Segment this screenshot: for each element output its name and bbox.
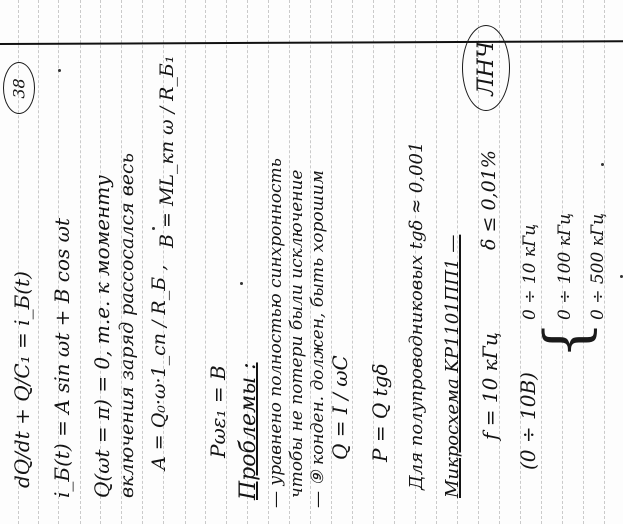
scan-speck: [240, 282, 243, 285]
range-frequency: 0 ÷ 500 кГц: [590, 213, 607, 320]
margin-line: [0, 40, 623, 45]
equation-frequency: f = 10 кГц: [480, 332, 500, 440]
brace-icon: {: [537, 321, 597, 359]
equation-condition: Q(ωt = π) = 0, т.е. к моменту: [92, 175, 112, 498]
ruled-line: [394, 0, 395, 524]
scan-speck: [58, 69, 61, 72]
note-semiconductor: Для полупроводниковых tgδ ≈ 0,001: [408, 142, 426, 490]
equation-a: A = Q₀·ω·1_cn / R_Б ,: [150, 265, 169, 470]
equation-b: B = ML_кп ω / R_Б₁: [158, 55, 177, 248]
range-frequency: 0 ÷ 100 кГц: [557, 213, 574, 320]
equation-p: P = Q tgδ: [370, 363, 390, 462]
equation-differential: dQ/dt + Q/C₁ = i_Б(t): [12, 271, 32, 488]
scan-speck: [152, 227, 155, 230]
scan-speck: [601, 163, 604, 166]
equation-current: i_Б(t) = A sin ωt + B cos ωt: [52, 218, 72, 498]
ruled-line: [142, 0, 143, 524]
microchip-label: Микросхема KP1101ПП1 —: [444, 235, 462, 498]
range-frequency: 0 ÷ 10 кГц: [522, 224, 539, 320]
note-switch-on: включения заряд рассосался весь: [118, 153, 137, 498]
ruled-line: [436, 0, 437, 524]
ruled-line: [352, 0, 353, 524]
ruled-line: [541, 0, 542, 524]
problem-item: чтобы не потери были исключение: [289, 170, 306, 498]
ruled-line: [80, 0, 81, 524]
delta-tolerance: δ ≤ 0,01%: [480, 150, 499, 250]
page-number-badge: 38: [3, 62, 35, 114]
ruled-line: [583, 0, 584, 524]
notebook-page: 38 ЛНЧ dQ/dt + Q/C₁ = i_Б(t) i_Б(t) = A …: [0, 0, 623, 524]
equation-b-relation: Pωε₁ = B: [208, 365, 228, 458]
range-voltage: (0 ÷ 10В): [518, 372, 538, 470]
heading-problems: Проблемы :: [238, 362, 260, 500]
ruled-line: [185, 0, 186, 524]
problem-item: — ⑨ конден. должен, быть хорошим: [310, 170, 327, 508]
ruled-line: [38, 0, 39, 524]
corner-badge: ЛНЧ: [462, 25, 510, 111]
problem-item: — уравнено полностью синхронность: [268, 158, 285, 508]
equation-q: Q = I / ωC: [330, 355, 350, 460]
